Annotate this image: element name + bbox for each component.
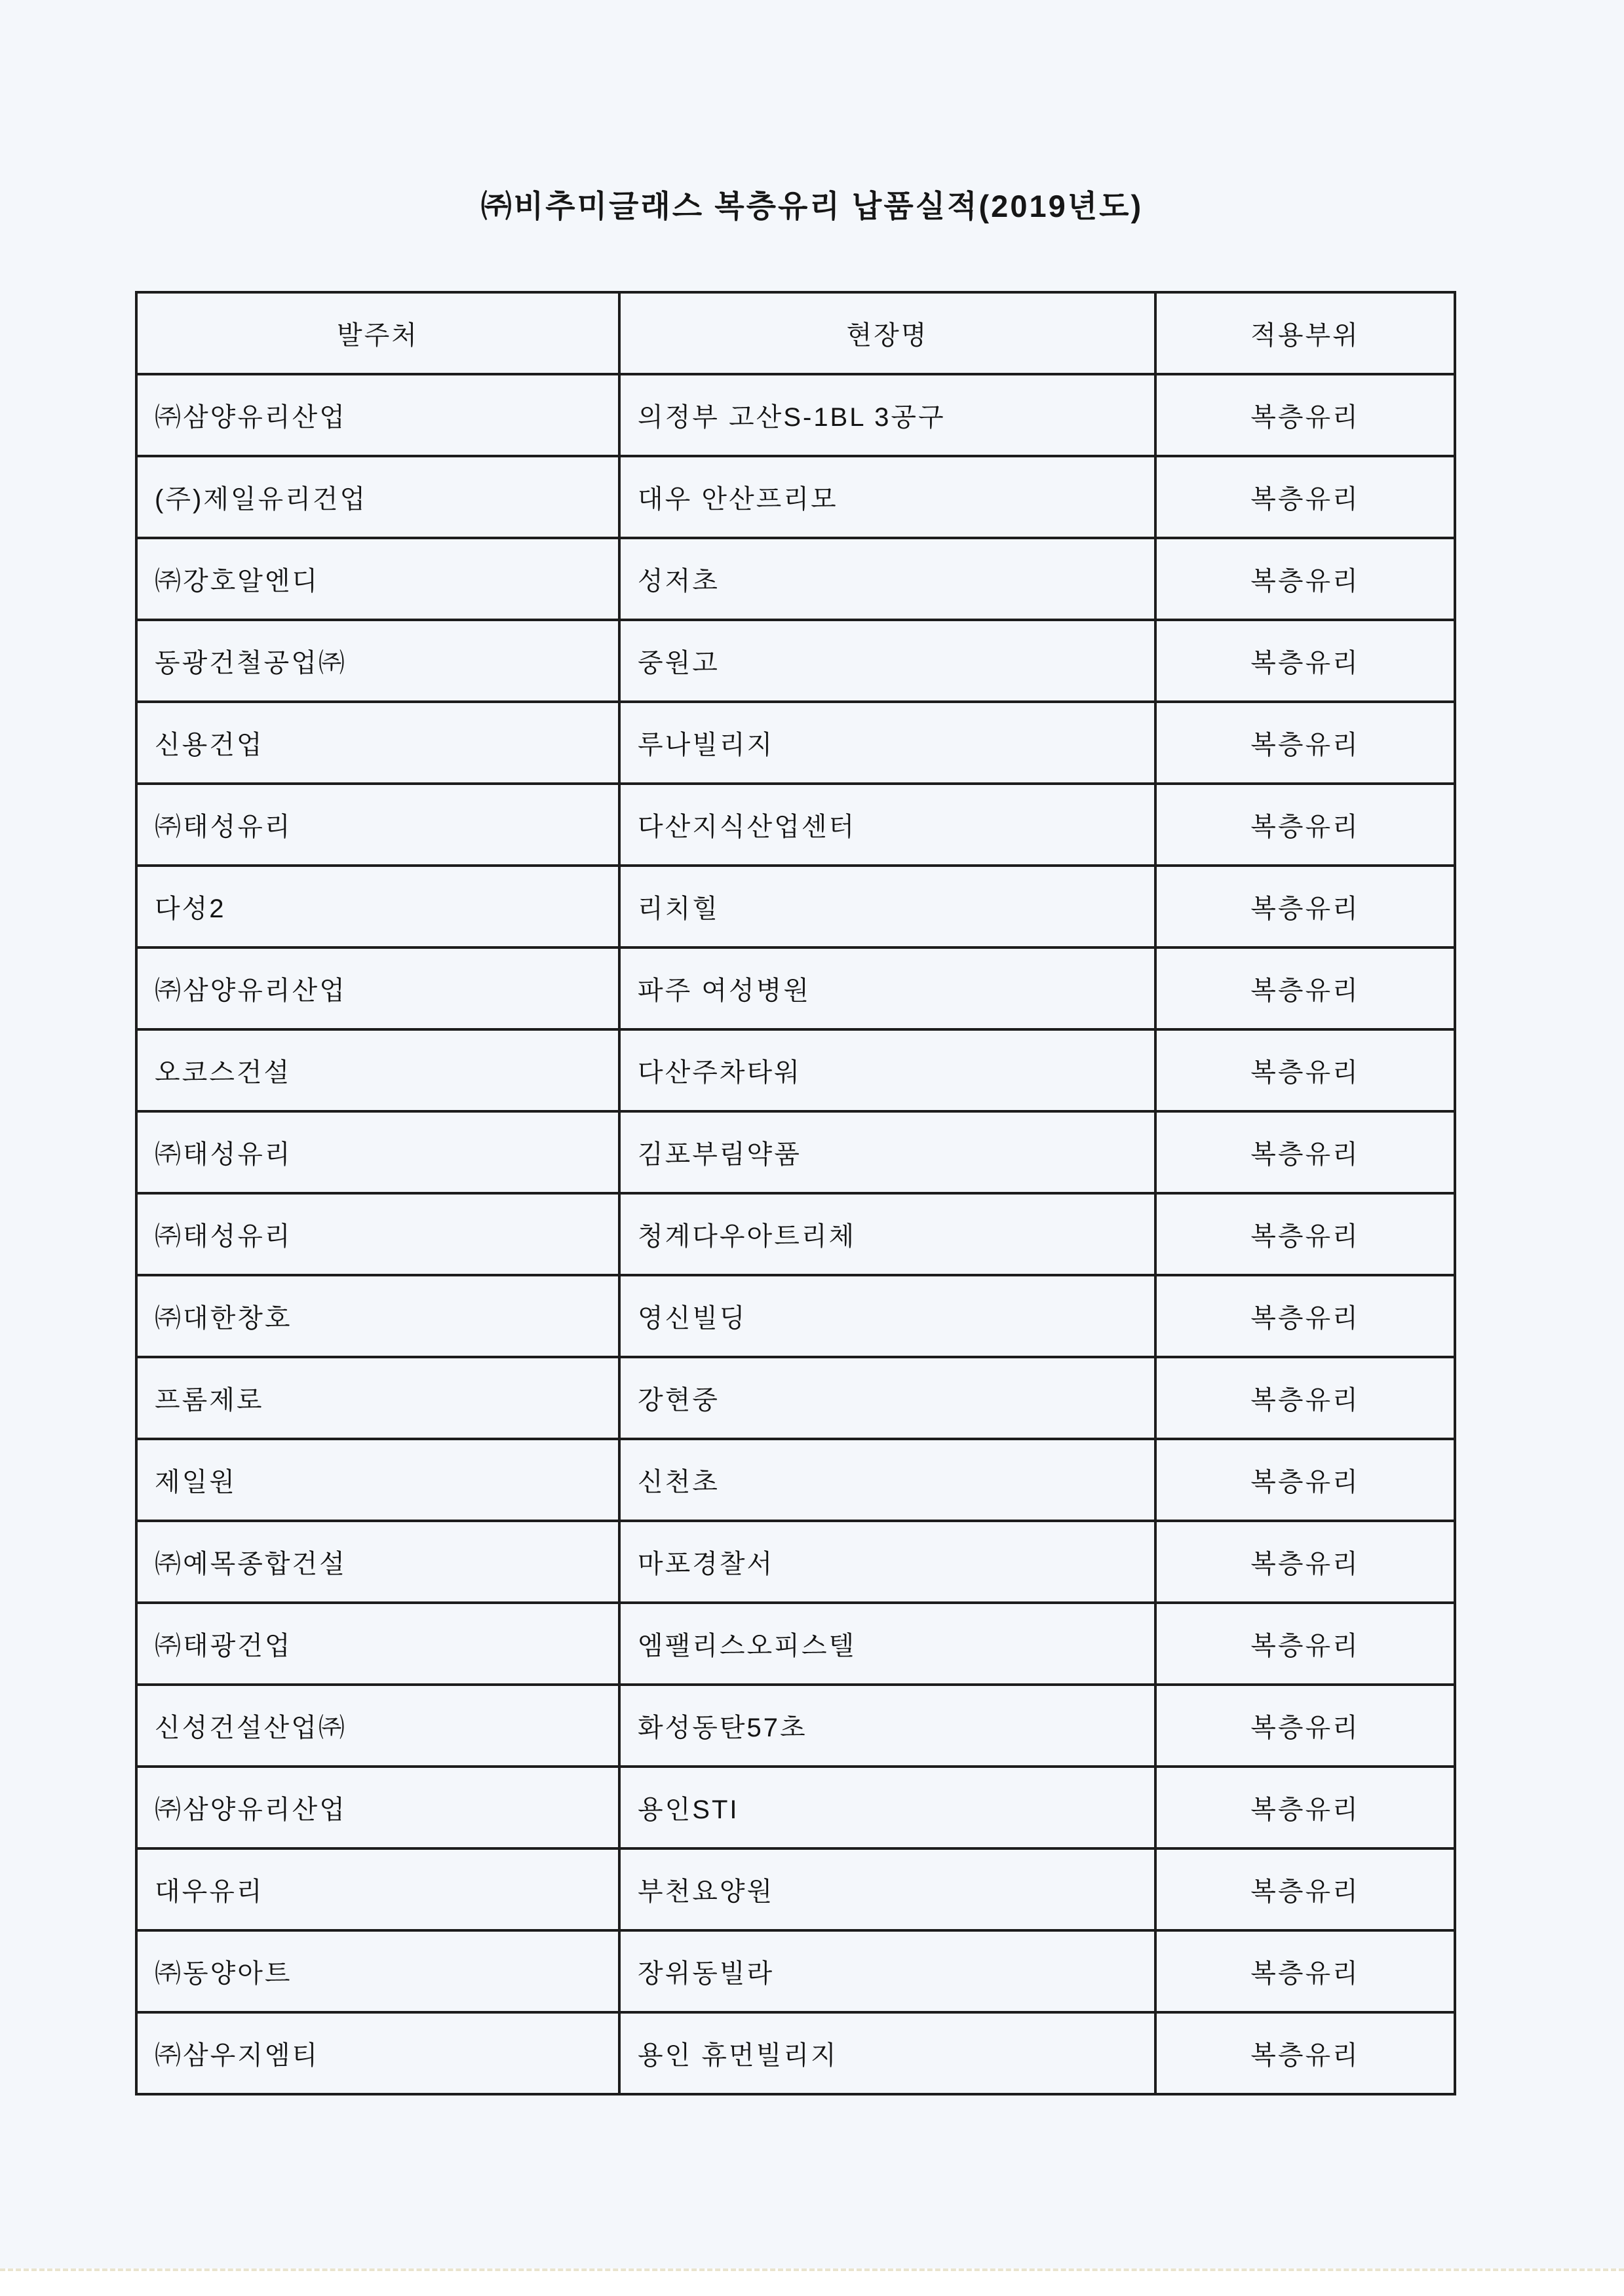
table-row: ㈜태성유리김포부림약품복층유리	[136, 1111, 1455, 1193]
part-cell: 복층유리	[1155, 2012, 1455, 2094]
orderer-cell: 오코스건설	[136, 1029, 619, 1111]
table-row: ㈜강호알엔디성저초복층유리	[136, 538, 1455, 620]
site-cell: 김포부림약품	[619, 1111, 1155, 1193]
part-cell: 복층유리	[1155, 1275, 1455, 1357]
table-row: 다성2리치힐복층유리	[136, 866, 1455, 947]
orderer-cell: ㈜태성유리	[136, 1111, 619, 1193]
orderer-cell: 신성건설산업㈜	[136, 1685, 619, 1767]
orderer-cell: 다성2	[136, 866, 619, 947]
part-cell: 복층유리	[1155, 1193, 1455, 1275]
table-row: 오코스건설다산주차타워복층유리	[136, 1029, 1455, 1111]
site-cell: 리치힐	[619, 866, 1155, 947]
header-row: 발주처 현장명 적용부위	[136, 292, 1455, 374]
orderer-cell: 대우유리	[136, 1848, 619, 1930]
delivery-table: 발주처 현장명 적용부위 ㈜삼양유리산업의정부 고산S-1BL 3공구복층유리(…	[135, 291, 1456, 2095]
scanned-page: ㈜비추미글래스 복층유리 납품실적(2019년도) 발주처 현장명 적용부위 ㈜…	[0, 0, 1624, 2296]
header-part: 적용부위	[1155, 292, 1455, 374]
part-cell: 복층유리	[1155, 784, 1455, 866]
site-cell: 엠팰리스오피스텔	[619, 1603, 1155, 1685]
document-title: ㈜비추미글래스 복층유리 납품실적(2019년도)	[0, 182, 1624, 226]
table-row: ㈜예목종합건설마포경찰서복층유리	[136, 1521, 1455, 1603]
orderer-cell: ㈜삼양유리산업	[136, 947, 619, 1029]
orderer-cell: 신용건업	[136, 702, 619, 784]
site-cell: 대우 안산프리모	[619, 456, 1155, 538]
table-header: 발주처 현장명 적용부위	[136, 292, 1455, 374]
site-cell: 용인 휴먼빌리지	[619, 2012, 1155, 2094]
orderer-cell: 프롬제로	[136, 1357, 619, 1439]
table-row: 대우유리부천요양원복층유리	[136, 1848, 1455, 1930]
part-cell: 복층유리	[1155, 1029, 1455, 1111]
table-row: 제일원신천초복층유리	[136, 1439, 1455, 1521]
table-row: 신용건업루나빌리지복층유리	[136, 702, 1455, 784]
orderer-cell: ㈜태광건업	[136, 1603, 619, 1685]
part-cell: 복층유리	[1155, 374, 1455, 456]
header-orderer: 발주처	[136, 292, 619, 374]
part-cell: 복층유리	[1155, 1930, 1455, 2012]
orderer-cell: ㈜동양아트	[136, 1930, 619, 2012]
table-row: 신성건설산업㈜화성동탄57초복층유리	[136, 1685, 1455, 1767]
table-row: ㈜태광건업엠팰리스오피스텔복층유리	[136, 1603, 1455, 1685]
table-row: ㈜삼우지엠티용인 휴먼빌리지복층유리	[136, 2012, 1455, 2094]
orderer-cell: ㈜삼우지엠티	[136, 2012, 619, 2094]
site-cell: 파주 여성병원	[619, 947, 1155, 1029]
part-cell: 복층유리	[1155, 456, 1455, 538]
part-cell: 복층유리	[1155, 1767, 1455, 1848]
site-cell: 중원고	[619, 620, 1155, 702]
table-row: ㈜대한창호영신빌딩복층유리	[136, 1275, 1455, 1357]
part-cell: 복층유리	[1155, 1357, 1455, 1439]
table-row: (주)제일유리건업대우 안산프리모복층유리	[136, 456, 1455, 538]
site-cell: 성저초	[619, 538, 1155, 620]
orderer-cell: ㈜삼양유리산업	[136, 1767, 619, 1848]
table-row: ㈜태성유리청계다우아트리체복층유리	[136, 1193, 1455, 1275]
part-cell: 복층유리	[1155, 1848, 1455, 1930]
scan-bottom-edge	[0, 2268, 1624, 2271]
orderer-cell: (주)제일유리건업	[136, 456, 619, 538]
part-cell: 복층유리	[1155, 620, 1455, 702]
site-cell: 강현중	[619, 1357, 1155, 1439]
table-row: ㈜삼양유리산업파주 여성병원복층유리	[136, 947, 1455, 1029]
part-cell: 복층유리	[1155, 1521, 1455, 1603]
site-cell: 영신빌딩	[619, 1275, 1155, 1357]
table-row: ㈜삼양유리산업의정부 고산S-1BL 3공구복층유리	[136, 374, 1455, 456]
table-row: ㈜태성유리다산지식산업센터복층유리	[136, 784, 1455, 866]
orderer-cell: ㈜태성유리	[136, 784, 619, 866]
orderer-cell: ㈜삼양유리산업	[136, 374, 619, 456]
site-cell: 의정부 고산S-1BL 3공구	[619, 374, 1155, 456]
table-row: 동광건철공업㈜중원고복층유리	[136, 620, 1455, 702]
orderer-cell: 동광건철공업㈜	[136, 620, 619, 702]
orderer-cell: ㈜태성유리	[136, 1193, 619, 1275]
site-cell: 다산주차타워	[619, 1029, 1155, 1111]
site-cell: 부천요양원	[619, 1848, 1155, 1930]
site-cell: 청계다우아트리체	[619, 1193, 1155, 1275]
orderer-cell: ㈜대한창호	[136, 1275, 619, 1357]
site-cell: 신천초	[619, 1439, 1155, 1521]
site-cell: 장위동빌라	[619, 1930, 1155, 2012]
site-cell: 루나빌리지	[619, 702, 1155, 784]
paper-background: ㈜비추미글래스 복층유리 납품실적(2019년도) 발주처 현장명 적용부위 ㈜…	[0, 0, 1624, 2268]
part-cell: 복층유리	[1155, 702, 1455, 784]
site-cell: 마포경찰서	[619, 1521, 1155, 1603]
part-cell: 복층유리	[1155, 1685, 1455, 1767]
orderer-cell: ㈜강호알엔디	[136, 538, 619, 620]
header-site: 현장명	[619, 292, 1155, 374]
table-row: 프롬제로강현중복층유리	[136, 1357, 1455, 1439]
orderer-cell: ㈜예목종합건설	[136, 1521, 619, 1603]
part-cell: 복층유리	[1155, 1439, 1455, 1521]
site-cell: 다산지식산업센터	[619, 784, 1155, 866]
orderer-cell: 제일원	[136, 1439, 619, 1521]
part-cell: 복층유리	[1155, 947, 1455, 1029]
table-row: ㈜삼양유리산업용인STI복층유리	[136, 1767, 1455, 1848]
table-body: ㈜삼양유리산업의정부 고산S-1BL 3공구복층유리(주)제일유리건업대우 안산…	[136, 374, 1455, 2094]
part-cell: 복층유리	[1155, 866, 1455, 947]
site-cell: 용인STI	[619, 1767, 1155, 1848]
table-row: ㈜동양아트장위동빌라복층유리	[136, 1930, 1455, 2012]
part-cell: 복층유리	[1155, 538, 1455, 620]
site-cell: 화성동탄57초	[619, 1685, 1155, 1767]
part-cell: 복층유리	[1155, 1111, 1455, 1193]
part-cell: 복층유리	[1155, 1603, 1455, 1685]
